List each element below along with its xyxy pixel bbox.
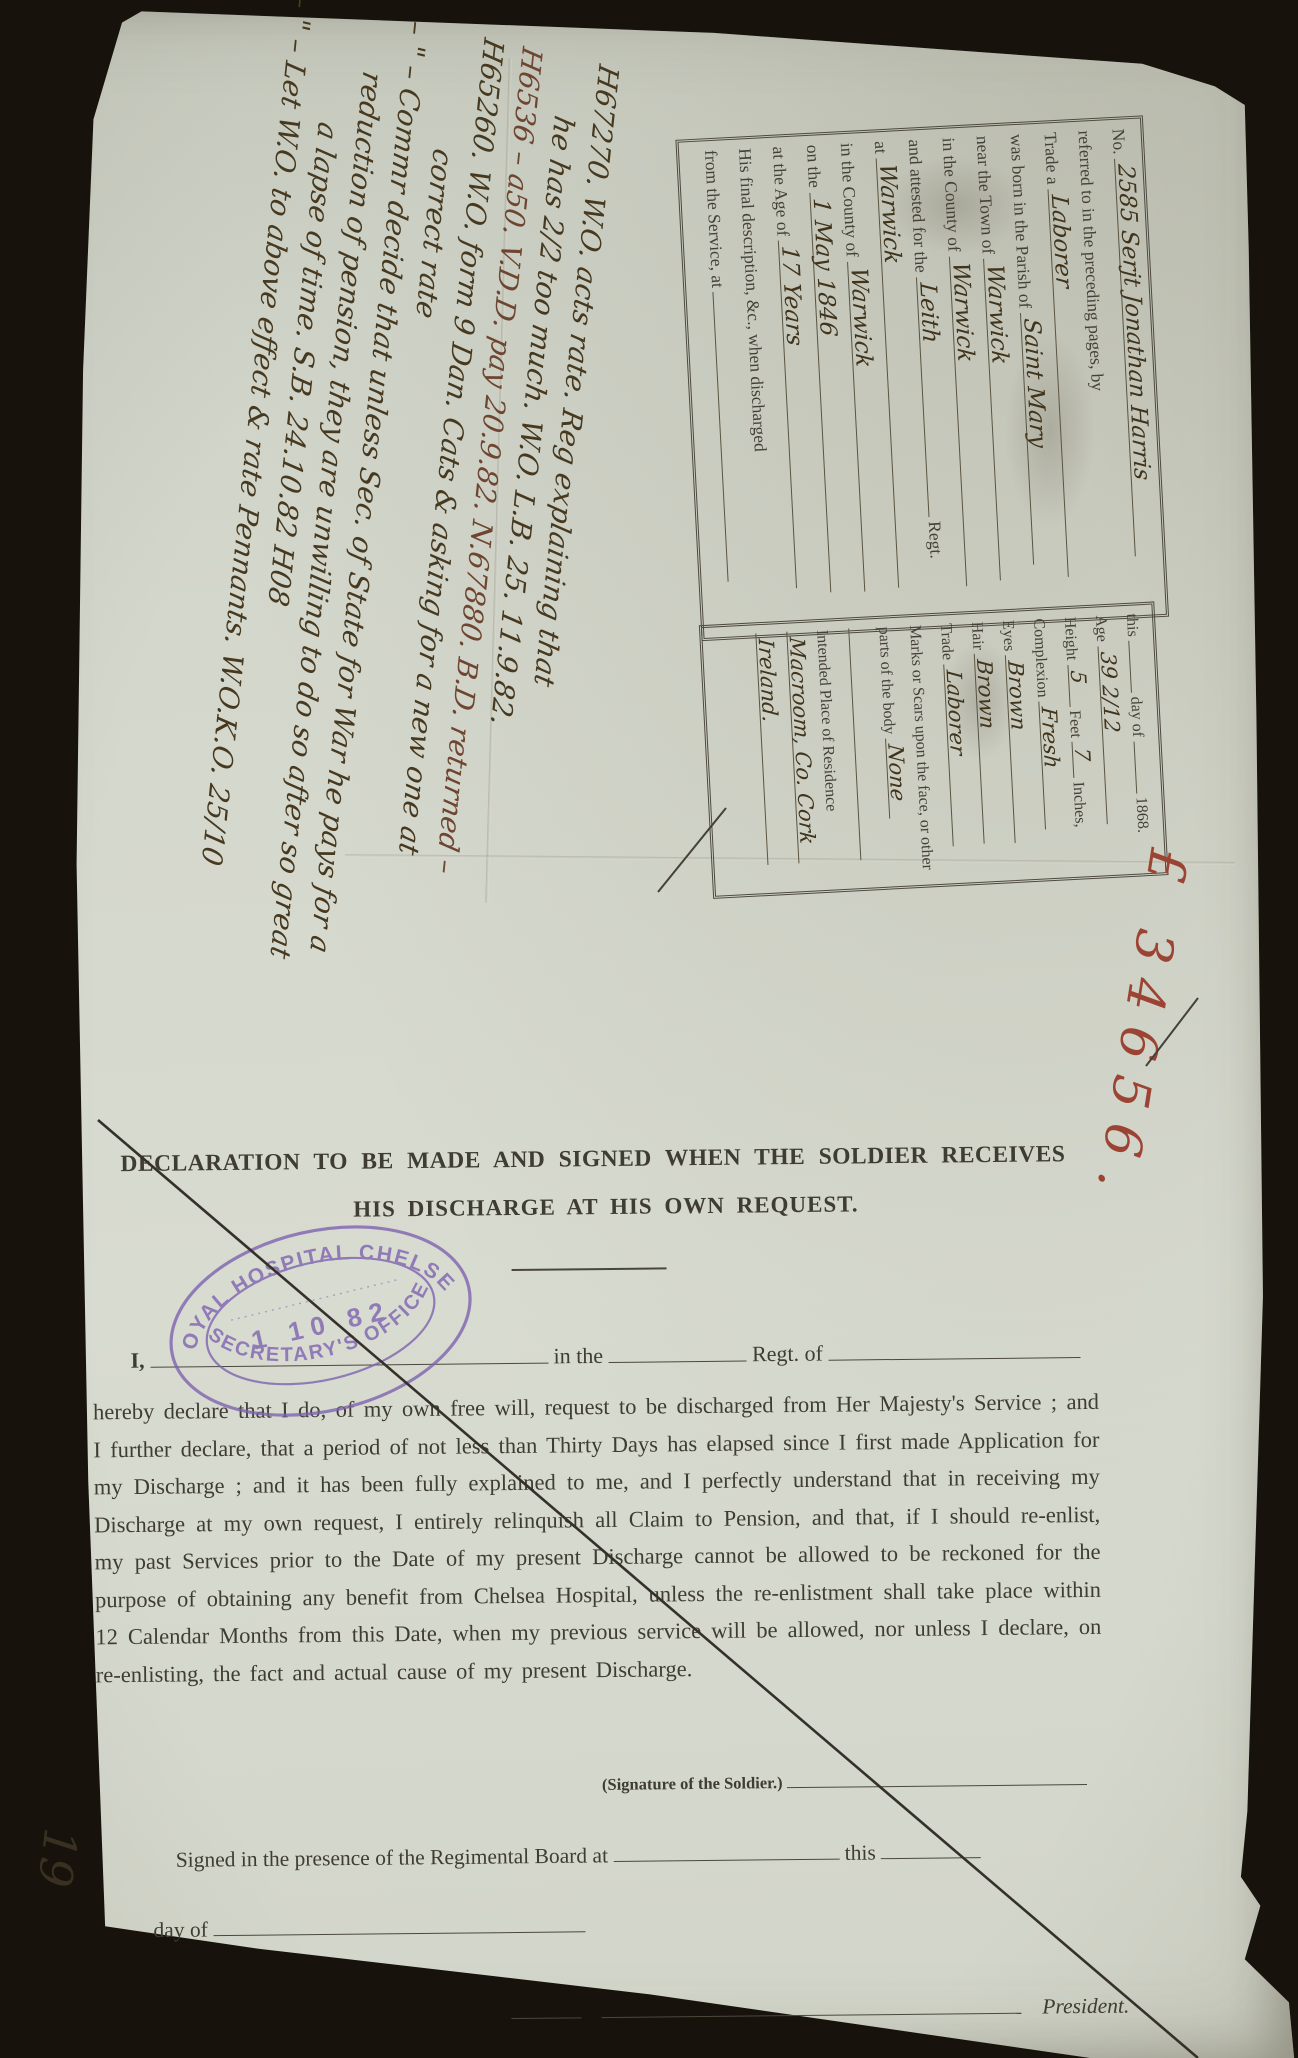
- heading-rule: [512, 1267, 667, 1271]
- this-label: this: [845, 1841, 876, 1865]
- service-record-box: No. 2585 Serjt Jonathan Harris referred …: [675, 115, 1169, 641]
- county2-label: in the County of: [837, 142, 863, 257]
- residence-value-handwriting-2: Ireland.: [750, 638, 786, 724]
- no-label: No.: [1108, 128, 1129, 155]
- regt-of-label: Regt. of: [752, 1341, 823, 1367]
- president-label: President.: [1042, 1994, 1129, 2019]
- declaration-section: DECLARATION TO BE MADE AND SIGNED WHEN T…: [90, 1141, 1129, 2052]
- height-label: Height: [1061, 616, 1080, 660]
- trade-blank: Laborer: [943, 663, 969, 846]
- year-label: 1868.: [1132, 796, 1151, 833]
- signature-of-soldier-label: (Signature of the Soldier.): [602, 1773, 783, 1794]
- description-box: this day of 1868. Age 39 2/12 Height 5 F…: [699, 601, 1169, 898]
- presence-row: Signed in the presence of the Regimental…: [98, 1836, 1206, 1874]
- age-at-label: at the Age of: [769, 146, 794, 237]
- at-value-handwriting: Warwick: [870, 163, 909, 265]
- age-blank: 39 2/12: [1097, 645, 1122, 824]
- day-blank: [1134, 740, 1153, 793]
- parish-blank: Saint Mary: [1020, 312, 1051, 565]
- rotated-record-form: No. 2585 Serjt Jonathan Harris referred …: [659, 100, 1209, 906]
- inches-value-handwriting: 7: [1066, 746, 1098, 762]
- age-value-handwriting: 17 Years: [772, 245, 811, 347]
- signature-row: (Signature of the Soldier.): [97, 1763, 1298, 1800]
- declaration-body-paragraph: hereby declare that I do, of my own free…: [93, 1383, 1102, 1694]
- day-of-label: day of: [1127, 696, 1146, 737]
- eyes-blank: Brown: [1005, 655, 1031, 844]
- i-label: I,: [130, 1348, 144, 1373]
- trade-value-handwriting: Laborer: [1042, 193, 1081, 288]
- final-service-label: from the Service, at: [701, 149, 728, 288]
- age-value-handwriting: 39 2/12: [1092, 651, 1127, 734]
- eyes-value-handwriting: Brown: [999, 660, 1034, 732]
- president-blank-short: [511, 1998, 581, 2019]
- inches-blank: 7: [1071, 741, 1089, 778]
- complexion-value-handwriting: Fresh: [1033, 706, 1067, 769]
- at-label: at: [871, 141, 892, 155]
- scanned-document: No. 2585 Serjt Jonathan Harris referred …: [0, 0, 1298, 2058]
- in-the-label: in the: [553, 1343, 603, 1369]
- age-label: Age: [1092, 615, 1110, 643]
- feet-value-handwriting: 5: [1062, 669, 1094, 685]
- feet-label: Feet: [1066, 710, 1084, 738]
- trade-label: Trade a: [1041, 132, 1064, 185]
- hair-value-handwriting: Brown: [968, 659, 1003, 731]
- attested-value-handwriting: Leith: [910, 282, 947, 345]
- president-row: President.: [99, 1991, 1249, 2029]
- complexion-label: Complexion: [1030, 618, 1051, 698]
- town-label: near the Town of: [973, 135, 999, 254]
- declaration-opening-line: I, in the Regt. of: [92, 1336, 1160, 1374]
- day-of-label: day of: [153, 1918, 208, 1943]
- marks-blank: None: [885, 738, 905, 819]
- attested-label: and attested for the: [905, 139, 932, 274]
- complexion-blank: Fresh: [1038, 701, 1061, 830]
- county1-blank: Warwick: [949, 255, 984, 585]
- this-label: this: [1123, 613, 1141, 637]
- inches-label: Inches,: [1070, 781, 1089, 828]
- regt-label: Regt.: [925, 521, 947, 559]
- residence-blank-2: Ireland.: [755, 632, 783, 865]
- unit-blank: [608, 1341, 746, 1363]
- day-of-blank: [213, 1912, 585, 1936]
- desc-row-marks: Marks or Scars upon the face, or other p…: [868, 624, 943, 879]
- this-day-blank: [881, 1838, 981, 1859]
- pen-mark: 19: [27, 1825, 88, 1890]
- county1-value-handwriting: Warwick: [943, 261, 982, 363]
- feet-blank: 5: [1067, 664, 1085, 707]
- this-blank: [1128, 640, 1147, 693]
- parish-value-handwriting: Saint Mary: [1014, 317, 1055, 449]
- trade-label: Trade: [937, 623, 956, 661]
- board-place-blank: [613, 1840, 839, 1863]
- hair-label: Hair: [968, 621, 986, 650]
- residence-blank-1: Macroom, Co. Cork: [786, 631, 814, 864]
- no-blank: 2585 Serjt Jonathan Harris: [1114, 158, 1152, 556]
- trade-value-handwriting: Laborer: [937, 669, 973, 756]
- presence-label: Signed in the presence of the Regimental…: [176, 1843, 608, 1872]
- president-signature-blank: [601, 1994, 1021, 2019]
- day-of-row: day of: [98, 1906, 1183, 1944]
- marks-value-handwriting: None: [879, 743, 913, 802]
- desc-row-residence-value2: Ireland.: [744, 632, 788, 885]
- hair-blank: Brown: [974, 654, 1000, 845]
- county1-label: in the County of: [939, 137, 965, 252]
- attested-blank: Leith: [916, 277, 946, 518]
- county2-value-handwriting: Warwick: [841, 266, 880, 368]
- town-blank: Warwick: [983, 258, 1017, 580]
- age-blank: 17 Years: [778, 240, 814, 588]
- name-blank: [150, 1343, 548, 1368]
- town-value-handwriting: Warwick: [977, 263, 1016, 365]
- regiment-blank: [828, 1337, 1080, 1360]
- eyes-label: Eyes: [999, 620, 1018, 652]
- soldier-signature-blank: [787, 1769, 1087, 1788]
- county2-blank: Warwick: [847, 261, 882, 591]
- declaration-heading-line2: HIS DISCHARGE AT HIS OWN REQUEST.: [91, 1189, 1121, 1226]
- on-the-label: on the: [803, 144, 825, 188]
